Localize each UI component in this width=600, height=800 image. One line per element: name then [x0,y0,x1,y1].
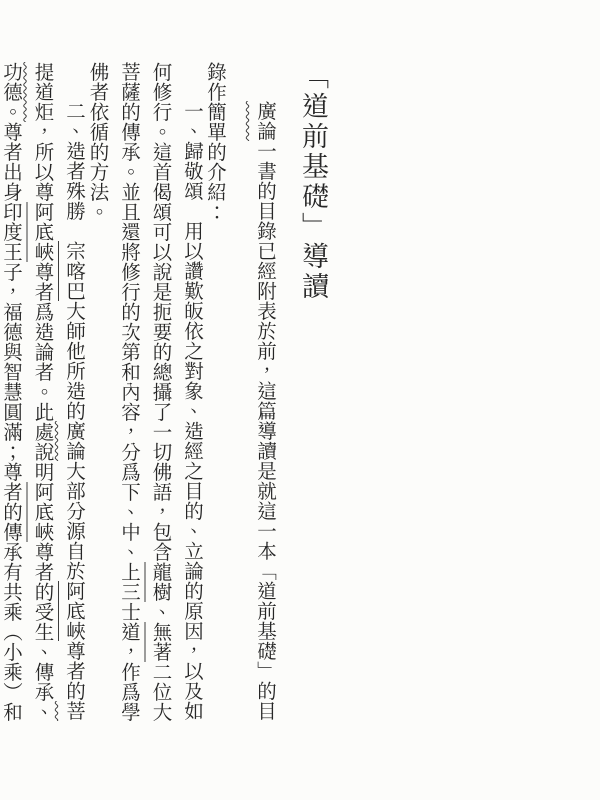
proper-name-marked-text: 龍樹 [150,562,171,602]
proper-name-marked-text: 阿底峽 [32,482,53,542]
text-run: 尊者爲造論者。此處說明 [32,262,53,482]
page-content: 「道前基礎」導讀 廣論一書的目錄已經附表於前，這篇導讀是就這一本「道前基礎」的目… [78,62,478,738]
text-run: 二、造者殊勝 [63,101,84,241]
proper-name-marked-text: 阿底峽 [32,202,53,262]
text-run: 尊者的 [63,641,84,701]
text-run: 大部分源自於 [63,461,84,581]
proper-name-marked-text: 宗喀巴 [63,241,84,301]
book-title-marked-text: 廣論 [63,421,84,461]
text-run: ，所以尊 [32,122,53,202]
proper-name-marked-text: 印度 [0,202,21,242]
text-run: 大師他所造的 [63,301,84,421]
text-run: 、 [150,602,171,622]
scanned-book-page: 「道前基礎」導讀 廣論一書的目錄已經附表於前，這篇導讀是就這一本「道前基礎」的目… [0,0,600,800]
book-title-marked-text: 廣論 [254,101,275,141]
paragraph-greatness-of-author: 二、造者殊勝 宗喀巴大師他所造的廣論大部分源自於阿底峽尊者的菩提道炬，所以尊阿底… [0,62,89,738]
page-title: 「道前基礎」導讀 [291,62,478,738]
paragraph-homage-verse: 一、歸敬頌 用以讚歎皈依之對象、造經之目的、立論的原因，以及如何修行。這首偈頌可… [81,62,207,738]
text-run: 一書的目錄已經附表於前，這篇導讀是就這一本「道前基礎」的目錄作簡單的介紹： [204,62,275,721]
proper-name-marked-text: 阿底峽 [63,581,84,641]
proper-name-marked-text: 無著 [150,622,171,662]
